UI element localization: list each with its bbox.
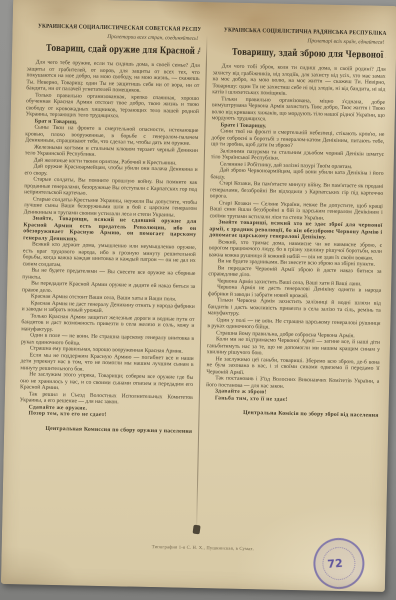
column-russian: УКРАИНСКАЯ СОЦИАЛИСТИЧЕСКАЯ СОВЕТСКАЯ РЕ… <box>17 23 201 542</box>
republic-header-ru: УКРАИНСКАЯ СОЦИАЛИСТИЧЕСКАЯ СОВЕТСКАЯ РЕ… <box>38 24 190 33</box>
paragraph: Знайте, Товарищи, всякий не сдавший оруж… <box>23 215 197 245</box>
leaflet-columns: УКРАИНСКАЯ СОЦИАЛИСТИЧЕСКАЯ СОВЕТСКАЯ РЕ… <box>1 0 396 592</box>
paragraph: Для чого тобі зброя, коли ти сидиш дома,… <box>212 63 386 99</box>
leaflet-paper: УКРАИНСКАЯ СОЦИАЛИСТИЧЕСКАЯ СОВЕТСКАЯ РЕ… <box>1 0 396 592</box>
proletarians-motto-ru: Пролетарии всех стран, соединяйтесь! <box>27 32 198 42</box>
ink-blob <box>193 525 201 535</box>
signature-uk: Центральна Комісія по збору зброї від на… <box>205 409 378 419</box>
column-ukrainian: УКРАЇНСЬКА СОЦІЯЛІСТИЧНА РАДЯНСЬКА РЕСПУ… <box>203 27 387 546</box>
paragraph: Тільки правильно організована, міцно з'є… <box>212 96 386 126</box>
signature-ru: Центральная Комиссия по сбору оружия у н… <box>19 425 192 435</box>
body-text-uk: Для чого тобі зброя, коли ти сидиш дома,… <box>206 63 386 405</box>
photo-background: УКРАИНСКАЯ СОЦИАЛИСТИЧЕСКАЯ СОВЕТСКАЯ РЕ… <box>0 0 396 600</box>
body-text-ru: Для чего тебе оружие, если ты сидишь дом… <box>19 59 199 420</box>
paragraph: Только правильно организованная, крепко … <box>26 92 200 122</box>
proletarians-motto-uk: Пролетарі всіх країн, єднайтеся! <box>213 36 384 46</box>
headline-uk: Товаришу, здай зброю для Червоної Армії! <box>232 48 367 61</box>
republic-header-uk: УКРАЇНСЬКА СОЦІЯЛІСТИЧНА РАДЯНСЬКА РЕСПУ… <box>224 27 376 36</box>
paragraph: Для чего тебе оружие, если ты сидишь дом… <box>26 59 200 95</box>
stamp-number: 72 <box>327 557 343 571</box>
paragraph: Всякий кто держит дома, умышленно или не… <box>23 241 197 271</box>
headline-ru: Товарищ, сдай оружие для Красной Армии! <box>46 44 181 57</box>
